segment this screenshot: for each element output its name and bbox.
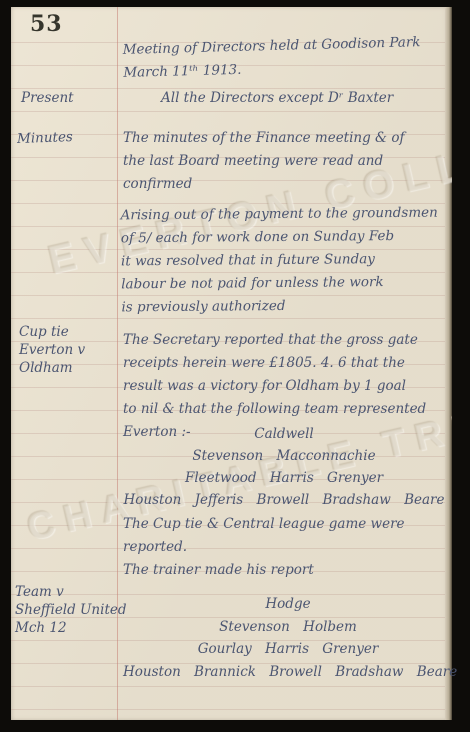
cup-tie-line: result was a victory for Oldham by 1 goa… [123,375,426,398]
cup-tie-label-line: Cup tie [19,323,85,341]
minute-book-page: EVERTON COLLECTION CHARITABLE TRUST 53 M… [11,7,452,720]
lineup-row-halfbacks: Gourlay Harris Grenyer [123,638,453,661]
lineup-row-fullbacks: Stevenson Macconnachie [123,445,445,467]
minutes-p2-line: it was resolved that in future Sunday [121,248,438,274]
sheffield-label-line: Sheffield United [15,601,127,619]
sheffield-label-line: Team v [15,583,127,601]
sheffield-match-team-lineup: Hodge Stevenson Holbem Gourlay Harris Gr… [123,593,453,683]
present-margin-label: Present [21,87,74,110]
report-line: reported. [123,536,405,559]
report-line: The Cup tie & Central league game were [123,513,405,536]
lineup-row-goalkeeper: Hodge [123,593,453,616]
minutes-paragraph-2: Arising out of the payment to the ground… [121,202,439,320]
sheffield-margin-label: Team v Sheffield United Mch 12 [15,583,127,637]
lineup-row-forwards: Houston Jefferis Browell Bradshaw Beare [123,489,445,511]
cup-tie-margin-label: Cup tie Everton v Oldham [19,323,85,377]
lineup-row-forwards: Houston Brannick Browell Bradshaw Beare [123,661,453,684]
minutes-p2-line: labour be not paid for unless the work [121,271,438,297]
lineup-row-halfbacks: Fleetwood Harris Grenyer [123,467,445,489]
lineup-row-goalkeeper: Caldwell [123,423,445,445]
lineup-row-fullbacks: Stevenson Holbem [123,616,453,639]
report-line: The trainer made his report [123,559,405,582]
cup-tie-label-line: Oldham [19,359,85,377]
minutes-p2-line: is previously authorized [121,294,438,320]
minutes-p2-line: Arising out of the payment to the ground… [121,202,438,228]
cup-tie-line: The Secretary reported that the gross ga… [123,329,426,352]
present-entry: All the Directors except Dʳ Baxter [161,87,393,110]
page-number: 53 [30,11,63,37]
minutes-p1-line: confirmed [123,173,404,196]
minutes-p1-line: The minutes of the Finance meeting & of [123,127,404,150]
everton-team-lineup: Caldwell Stevenson Macconnachie Fleetwoo… [123,423,445,511]
cup-tie-line: receipts herein were £1805. 4. 6 that th… [123,352,426,375]
sheffield-label-line: Mch 12 [15,619,127,637]
minutes-p2-line: of 5/ each for work done on Sunday Feb [121,225,438,251]
minutes-p1-line: the last Board meeting were read and [123,150,404,173]
minutes-margin-label: Minutes [17,126,74,151]
meeting-header: Meeting of Directors held at Goodison Pa… [122,31,421,85]
minutes-paragraph-1: The minutes of the Finance meeting & of … [123,127,404,196]
reports-paragraph: The Cup tie & Central league game were r… [123,513,405,582]
cup-tie-label-line: Everton v [19,341,85,359]
cup-tie-line: to nil & that the following team represe… [123,398,426,421]
